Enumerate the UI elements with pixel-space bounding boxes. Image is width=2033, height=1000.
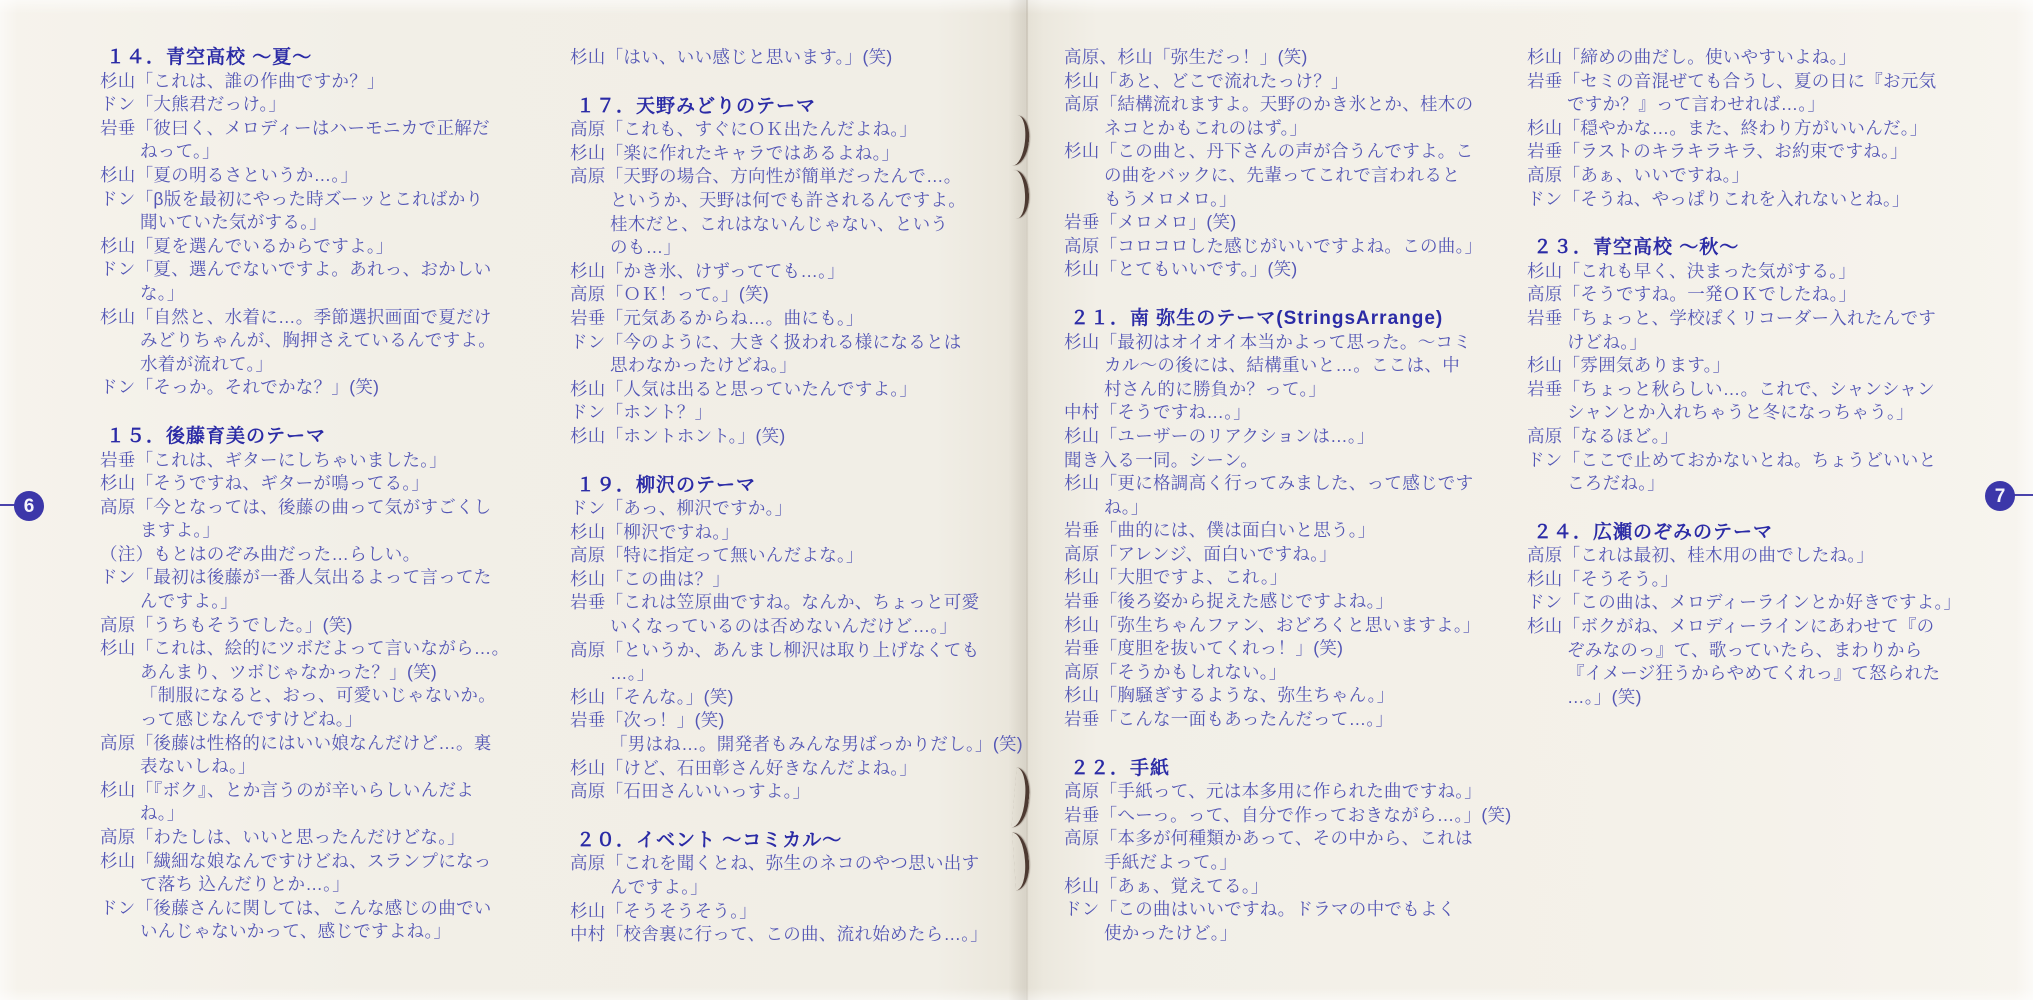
dialogue-line-continuation: 『イメージ狂うからやめてくれっ』て怒られた xyxy=(1527,662,1987,686)
dialogue-line-continuation: 「男はね…。開発者もみんな男ばっかりだし。」(笑) xyxy=(570,733,1020,757)
dialogue-line: 高原「手紙って、元は本多用に作られた曲ですね。」 xyxy=(1064,780,1514,804)
dialogue-line-continuation: …。」(笑) xyxy=(1527,686,1987,710)
dialogue-line-continuation: って感じなんですけどね。」 xyxy=(100,708,550,732)
dialogue-line: 杉山「『ボク』、とか言うのが辛いらしいんだよ xyxy=(100,779,550,803)
dialogue-line-continuation: 水着が流れて。」 xyxy=(100,353,550,377)
dialogue-line-continuation: あんまり、ツボじゃなかった？」(笑) xyxy=(100,661,550,685)
dialogue-line: 高原「というか、あんまし柳沢は取り上げなくても xyxy=(570,639,1020,663)
dialogue-line: 杉山「胸騒ぎするような、弥生ちゃん。」 xyxy=(1064,684,1514,708)
section-gap xyxy=(1064,282,1514,307)
booklet-spread: 6 7 １４．青空高校 ～夏～杉山「これは、誰の作曲ですか？」ドン「大熊君だっけ… xyxy=(0,0,2033,1000)
dialogue-line-continuation: いんじゃないかって、感じですよね。」 xyxy=(100,920,550,944)
dialogue-line: 高原「石田さんいいっすよ。」 xyxy=(570,780,1020,804)
page-number-badge-right: 7 xyxy=(1985,481,2015,511)
dialogue-line: 高原「天野の場合、方向性が簡単だったんで…。 xyxy=(570,165,1020,189)
dialogue-line: ドン「ホント？」 xyxy=(570,401,1020,425)
track-heading: ２３．青空高校 ～秋～ xyxy=(1527,236,1987,260)
dialogue-line: 杉山「楽に作れたキャラではあるよね。」 xyxy=(570,142,1020,166)
track-heading: １５．後藤育美のテーマ xyxy=(100,425,550,449)
dialogue-line: 岩垂「これは笠原曲ですね。なんか、ちょっと可愛 xyxy=(570,591,1020,615)
dialogue-line: 高原「あぁ、いいですね。」 xyxy=(1527,164,1987,188)
dialogue-line: 杉山「この曲と、丹下さんの声が合うんですよ。こ xyxy=(1064,140,1514,164)
dialogue-line: 高原「なるほど。」 xyxy=(1527,425,1987,449)
dialogue-line-continuation: いくなっているのは否めないんだけど…。」 xyxy=(570,615,1020,639)
dialogue-line-continuation: もうメロメロ。」 xyxy=(1064,188,1514,212)
dialogue-line: 杉山「ボクがね、メロディーラインにあわせて『の xyxy=(1527,615,1987,639)
track-heading: １９．柳沢のテーマ xyxy=(570,474,1020,498)
dialogue-line: 高原、杉山「弥生だっ！」(笑) xyxy=(1064,46,1514,70)
track-heading: ２０．イベント ～コミカル～ xyxy=(570,829,1020,853)
dialogue-line: 高原「アレンジ、面白いですね。」 xyxy=(1064,543,1514,567)
dialogue-line-continuation: ですか？』って言わせれば…。」 xyxy=(1527,93,1987,117)
dialogue-line: 杉山「繊細な娘なんですけどね、スランプになっ xyxy=(100,850,550,874)
dialogue-line-continuation: ネコとかもこれのはず。」 xyxy=(1064,117,1514,141)
dialogue-line-continuation: な。」 xyxy=(100,282,550,306)
dialogue-line: 岩垂「ちょっと秋らしい…。これで、シャンシャン xyxy=(1527,378,1987,402)
dialogue-line: 岩垂「彼曰く、メロディーはハーモニカで正解だ xyxy=(100,117,550,141)
dialogue-line: 岩垂「度胆を抜いてくれっ！」(笑) xyxy=(1064,637,1514,661)
dialogue-line: 岩垂「へーっ。って、自分で作っておきながら…。」(笑) xyxy=(1064,804,1514,828)
dialogue-line-continuation: んですよ。」 xyxy=(570,876,1020,900)
dialogue-line: 杉山「これは、絵的にツボだよって言いながら…。 xyxy=(100,637,550,661)
dialogue-line: 杉山「人気は出ると思っていたんですよ。」 xyxy=(570,378,1020,402)
dialogue-line: 高原「今となっては、後藤の曲って気がすごくし xyxy=(100,496,550,520)
dialogue-line: 杉山「弥生ちゃんファン、おどろくと思いますよ。」 xyxy=(1064,614,1514,638)
dialogue-line: ドン「この曲はいいですね。ドラマの中でもよく xyxy=(1064,898,1514,922)
dialogue-line: 岩垂「セミの音混ぜても合うし、夏の日に『お元気 xyxy=(1527,70,1987,94)
dialogue-line-continuation: のも…」 xyxy=(570,236,1020,260)
dialogue-line: 杉山「とてもいいです。」(笑) xyxy=(1064,258,1514,282)
dialogue-line-continuation: の曲をバックに、先輩ってこれで言われると xyxy=(1064,164,1514,188)
dialogue-line-continuation: ねって。」 xyxy=(100,140,550,164)
dialogue-line-continuation: けどね。」 xyxy=(1527,331,1987,355)
section-gap xyxy=(1527,211,1987,236)
dialogue-line: ドン「後藤さんに関しては、こんな感じの曲でい xyxy=(100,897,550,921)
dialogue-line: 高原「特に指定って無いんだよな。」 xyxy=(570,544,1020,568)
dialogue-line: 岩垂「元気あるからね…。曲にも。」 xyxy=(570,307,1020,331)
page-number-badge-left: 6 xyxy=(14,491,44,521)
dialogue-line-continuation: 手紙だよって。」 xyxy=(1064,851,1514,875)
dialogue-line: 杉山「自然と、水着に…。季節選択画面で夏だけ xyxy=(100,306,550,330)
section-gap xyxy=(570,804,1020,829)
section-gap xyxy=(1527,496,1987,521)
track-heading: ２４．広瀬のぞみのテーマ xyxy=(1527,521,1987,545)
dialogue-line: 杉山「穏やかな…。また、終わり方がいいんだ。」 xyxy=(1527,117,1987,141)
dialogue-line: 杉山「これは、誰の作曲ですか？」 xyxy=(100,70,550,94)
section-gap xyxy=(570,449,1020,474)
dialogue-line: 杉山「これも早く、決まった気がする。」 xyxy=(1527,260,1987,284)
dialogue-line: ドン「大熊君だっけ。」 xyxy=(100,93,550,117)
dialogue-line-continuation: ますよ。」 xyxy=(100,519,550,543)
dialogue-line: ドン「最初は後藤が一番人気出るよって言ってた xyxy=(100,566,550,590)
dialogue-line: 岩垂「ちょっと、学校ぽくリコーダー入れたんです xyxy=(1527,307,1987,331)
dialogue-line: ドン「そうね、やっぱりこれを入れないとね。」 xyxy=(1527,188,1987,212)
dialogue-line: 杉山「ホントホント。」(笑) xyxy=(570,425,1020,449)
dialogue-line: 高原「そうですね。一発ＯＫでしたね。」 xyxy=(1527,283,1987,307)
dialogue-line: ドン「そっか。それでかな？」(笑) xyxy=(100,376,550,400)
dialogue-line: 高原「そうかもしれない。」 xyxy=(1064,661,1514,685)
dialogue-line: 中村「校舎裏に行って、この曲、流れ始めたら…。」 xyxy=(570,923,1020,947)
track-heading: ２２．手紙 xyxy=(1064,757,1514,781)
dialogue-line: 杉山「大胆ですよ、これ。」 xyxy=(1064,566,1514,590)
dialogue-line: 高原「本多が何種類かあって、その中から、これは xyxy=(1064,827,1514,851)
dialogue-line-continuation: シャンとか入れちゃうと冬になっちゃう。」 xyxy=(1527,401,1987,425)
dialogue-line: 岩垂「ラストのキラキラキラ、お約束ですね。」 xyxy=(1527,140,1987,164)
dialogue-line: 杉山「かき氷、けずってても…。」 xyxy=(570,260,1020,284)
dialogue-line: 岩垂「後ろ姿から捉えた感じですよね。」 xyxy=(1064,590,1514,614)
dialogue-line: 高原「うちもそうでした。」(笑) xyxy=(100,614,550,638)
dialogue-line: 高原「これは最初、桂木用の曲でしたね。」 xyxy=(1527,544,1987,568)
dialogue-line: 杉山「そうですね、ギターが鳴ってる。」 xyxy=(100,472,550,496)
dialogue-line-continuation: …。」 xyxy=(570,662,1020,686)
dialogue-line: 杉山「あと、どこで流れたっけ？」 xyxy=(1064,70,1514,94)
dialogue-line: （注）もとはのぞみ曲だった…らしい。 xyxy=(100,543,550,567)
dialogue-line-continuation: 表ないしね。」 xyxy=(100,755,550,779)
dialogue-line: 高原「これを聞くとね、弥生のネコのやつ思い出す xyxy=(570,852,1020,876)
dialogue-line: ドン「ここで止めておかないとね。ちょうどいいと xyxy=(1527,449,1987,473)
section-gap xyxy=(570,70,1020,95)
dialogue-line: 高原「コロコロした感じがいいですよね。この曲。」 xyxy=(1064,235,1514,259)
dialogue-line: 杉山「そんな。」(笑) xyxy=(570,686,1020,710)
dialogue-line: 杉山「ユーザーのリアクションは…。」 xyxy=(1064,425,1514,449)
dialogue-line-continuation: ぞみなのっ』て、歌っていたら、まわりから xyxy=(1527,639,1987,663)
section-gap xyxy=(100,400,550,425)
dialogue-line: 杉山「最初はオイオイ本当かよって思った。～コミ xyxy=(1064,331,1514,355)
track-heading: １４．青空高校 ～夏～ xyxy=(100,46,550,70)
dialogue-line: 岩垂「メロメロ」(笑) xyxy=(1064,211,1514,235)
dialogue-line: ドン「この曲は、メロディーラインとか好きですよ。」 xyxy=(1527,591,1987,615)
dialogue-line: 聞き入る一同。シーン。 xyxy=(1064,449,1514,473)
center-fold-crease xyxy=(1026,0,1028,1000)
dialogue-line: 杉山「そうそう。」 xyxy=(1527,568,1987,592)
dialogue-line: 高原「後藤は性格的にはいい娘なんだけど…。裏 xyxy=(100,732,550,756)
dialogue-line: 中村「そうですね…。」 xyxy=(1064,401,1514,425)
dialogue-line: 杉山「この曲は？」 xyxy=(570,568,1020,592)
dialogue-line: 高原「結構流れますよ。天野のかき氷とか、桂木の xyxy=(1064,93,1514,117)
dialogue-line-continuation: 「制服になると、おっ、可愛いじゃないか。 xyxy=(100,684,550,708)
text-column-4: 杉山「締めの曲だし。使いやすいよね。」岩垂「セミの音混ぜても合うし、夏の日に『お… xyxy=(1527,46,1987,709)
dialogue-line: 杉山「締めの曲だし。使いやすいよね。」 xyxy=(1527,46,1987,70)
dialogue-line: 岩垂「曲的には、僕は面白いと思う。」 xyxy=(1064,519,1514,543)
dialogue-line: 高原「ＯＫ！って。」(笑) xyxy=(570,283,1020,307)
dialogue-line-continuation: みどりちゃんが、胸押さえているんですよ。 xyxy=(100,329,550,353)
dialogue-line-continuation: 聞いていた気がする。」 xyxy=(100,211,550,235)
track-heading: ２１．南 弥生のテーマ(StringsArrange) xyxy=(1064,307,1514,331)
dialogue-line-continuation: 使かったけど。」 xyxy=(1064,922,1514,946)
track-heading: １７．天野みどりのテーマ xyxy=(570,95,1020,119)
dialogue-line: ドン「あっ、柳沢ですか。」 xyxy=(570,497,1020,521)
text-column-3: 高原、杉山「弥生だっ！」(笑)杉山「あと、どこで流れたっけ？」高原「結構流れます… xyxy=(1064,46,1514,945)
dialogue-line-continuation: ね。」 xyxy=(100,802,550,826)
dialogue-line: 高原「これも、すぐにＯＫ出たんだよね。」 xyxy=(570,118,1020,142)
dialogue-line: 杉山「更に格調高く行ってみました、って感じです xyxy=(1064,472,1514,496)
text-column-2: 杉山「はい、いい感じと思います。」(笑)１７．天野みどりのテーマ高原「これも、す… xyxy=(570,46,1020,947)
dialogue-line: 杉山「雰囲気あります。」 xyxy=(1527,354,1987,378)
dialogue-line-continuation: 桂木だと、これはないんじゃない、という xyxy=(570,213,1020,237)
dialogue-line: 岩垂「次っ！」(笑) xyxy=(570,709,1020,733)
dialogue-line-continuation: 思わなかったけどね。」 xyxy=(570,354,1020,378)
dialogue-line-continuation: 村さん的に勝負か？って。」 xyxy=(1064,378,1514,402)
dialogue-line: 杉山「あぁ、覚えてる。」 xyxy=(1064,875,1514,899)
dialogue-line-continuation: ね。」 xyxy=(1064,496,1514,520)
dialogue-line: 杉山「はい、いい感じと思います。」(笑) xyxy=(570,46,1020,70)
dialogue-line: 岩垂「これは、ギターにしちゃいました。」 xyxy=(100,449,550,473)
dialogue-line-continuation: て落ち 込んだりとか…。」 xyxy=(100,873,550,897)
dialogue-line-continuation: カル～の後には、結構重いと…。ここは、中 xyxy=(1064,354,1514,378)
dialogue-line: 杉山「そうそうそう。」 xyxy=(570,900,1020,924)
section-gap xyxy=(1064,732,1514,757)
dialogue-line: 杉山「けど、石田彰さん好きなんだよね。」 xyxy=(570,757,1020,781)
page-number-rule-right xyxy=(2013,494,2033,496)
dialogue-line: 高原「わたしは、いいと思ったんだけどな。」 xyxy=(100,826,550,850)
dialogue-line: ドン「今のように、大きく扱われる様になるとは xyxy=(570,331,1020,355)
dialogue-line-continuation: ころだね。」 xyxy=(1527,472,1987,496)
text-column-1: １４．青空高校 ～夏～杉山「これは、誰の作曲ですか？」ドン「大熊君だっけ。」岩垂… xyxy=(100,46,550,944)
dialogue-line-continuation: んですよ。」 xyxy=(100,590,550,614)
dialogue-line: 杉山「柳沢ですね。」 xyxy=(570,521,1020,545)
dialogue-line: 杉山「夏を選んでいるからですよ。」 xyxy=(100,235,550,259)
dialogue-line: 岩垂「こんな一面もあったんだって…。」 xyxy=(1064,708,1514,732)
dialogue-line: ドン「β版を最初にやった時ズーッとこればかり xyxy=(100,188,550,212)
dialogue-line: ドン「夏、選んでないですよ。あれっ、おかしい xyxy=(100,258,550,282)
dialogue-line: 杉山「夏の明るさというか…。」 xyxy=(100,164,550,188)
dialogue-line-continuation: というか、天野は何でも許されるんですよ。 xyxy=(570,189,1020,213)
